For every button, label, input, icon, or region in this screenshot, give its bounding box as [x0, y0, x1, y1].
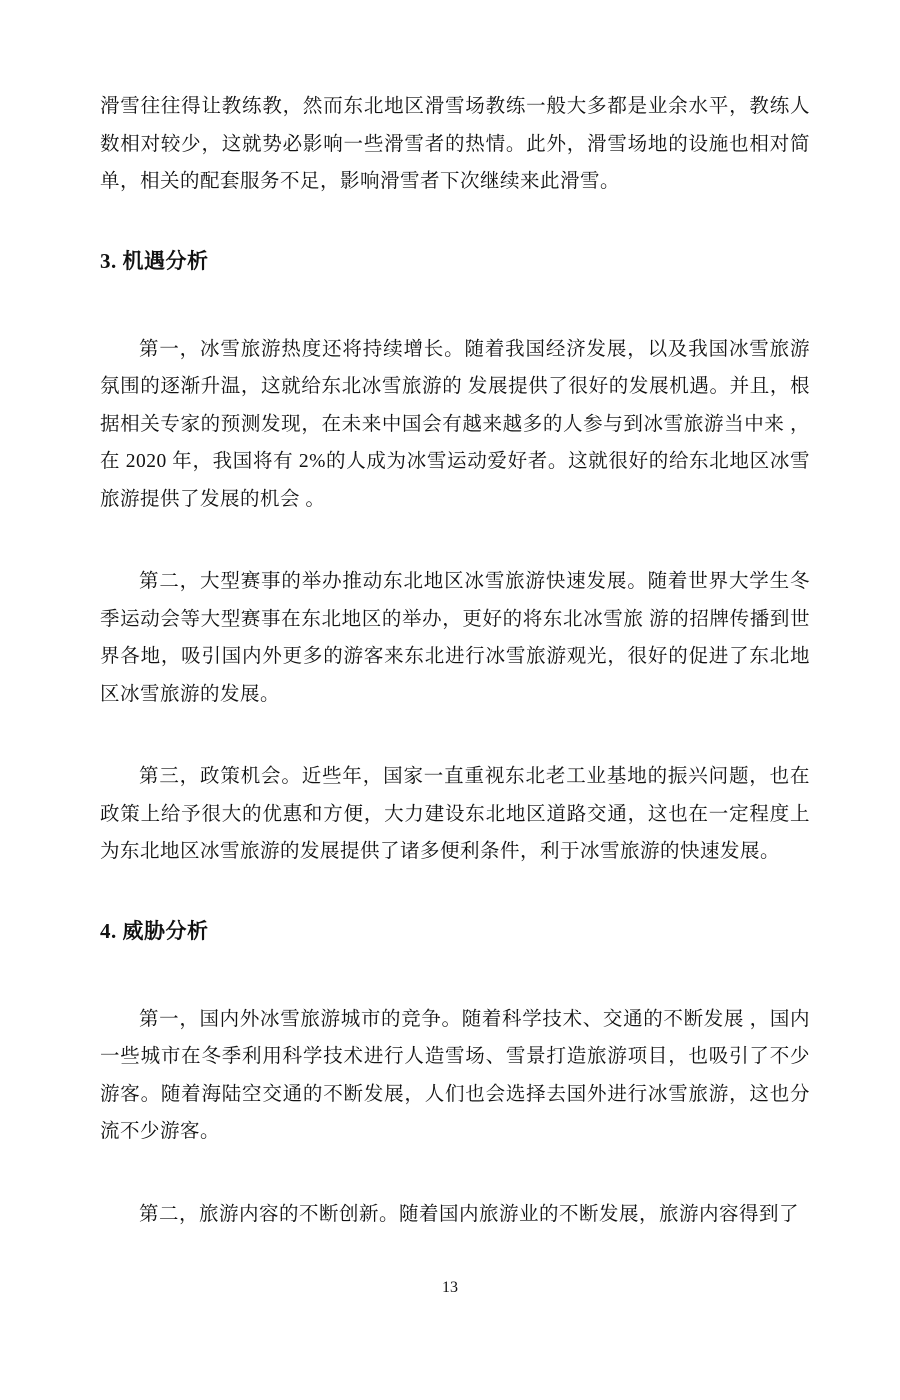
paragraph-threat-first: 第一，国内外冰雪旅游城市的竞争。随着科学技术、交通的不断发展 ，国内一些城市在冬…	[100, 1001, 810, 1151]
paragraph-opportunity-first: 第一，冰雪旅游热度还将持续增长。随着我国经济发展，以及我国冰雪旅游氛围的逐渐升温…	[100, 331, 810, 519]
page-content: 滑雪往往得让教练教，然而东北地区滑雪场教练一般大多都是业余水平，教练人数相对较少…	[100, 88, 810, 1278]
heading-threat-analysis: 4. 威胁分析	[100, 916, 810, 946]
page-number: 13	[0, 1278, 900, 1298]
paragraph-weakness-continuation: 滑雪往往得让教练教，然而东北地区滑雪场教练一般大多都是业余水平，教练人数相对较少…	[100, 88, 810, 201]
document-page: 滑雪往往得让教练教，然而东北地区滑雪场教练一般大多都是业余水平，教练人数相对较少…	[0, 0, 900, 1400]
heading-opportunity-analysis: 3. 机遇分析	[100, 246, 810, 276]
paragraph-threat-second: 第二，旅游内容的不断创新。随着国内旅游业的不断发展，旅游内容得到了	[100, 1196, 810, 1234]
paragraph-opportunity-third: 第三，政策机会。近些年，国家一直重视东北老工业基地的振兴问题，也在政策上给予很大…	[100, 758, 810, 871]
paragraph-opportunity-second: 第二，大型赛事的举办推动东北地区冰雪旅游快速发展。随着世界大学生冬季运动会等大型…	[100, 563, 810, 713]
